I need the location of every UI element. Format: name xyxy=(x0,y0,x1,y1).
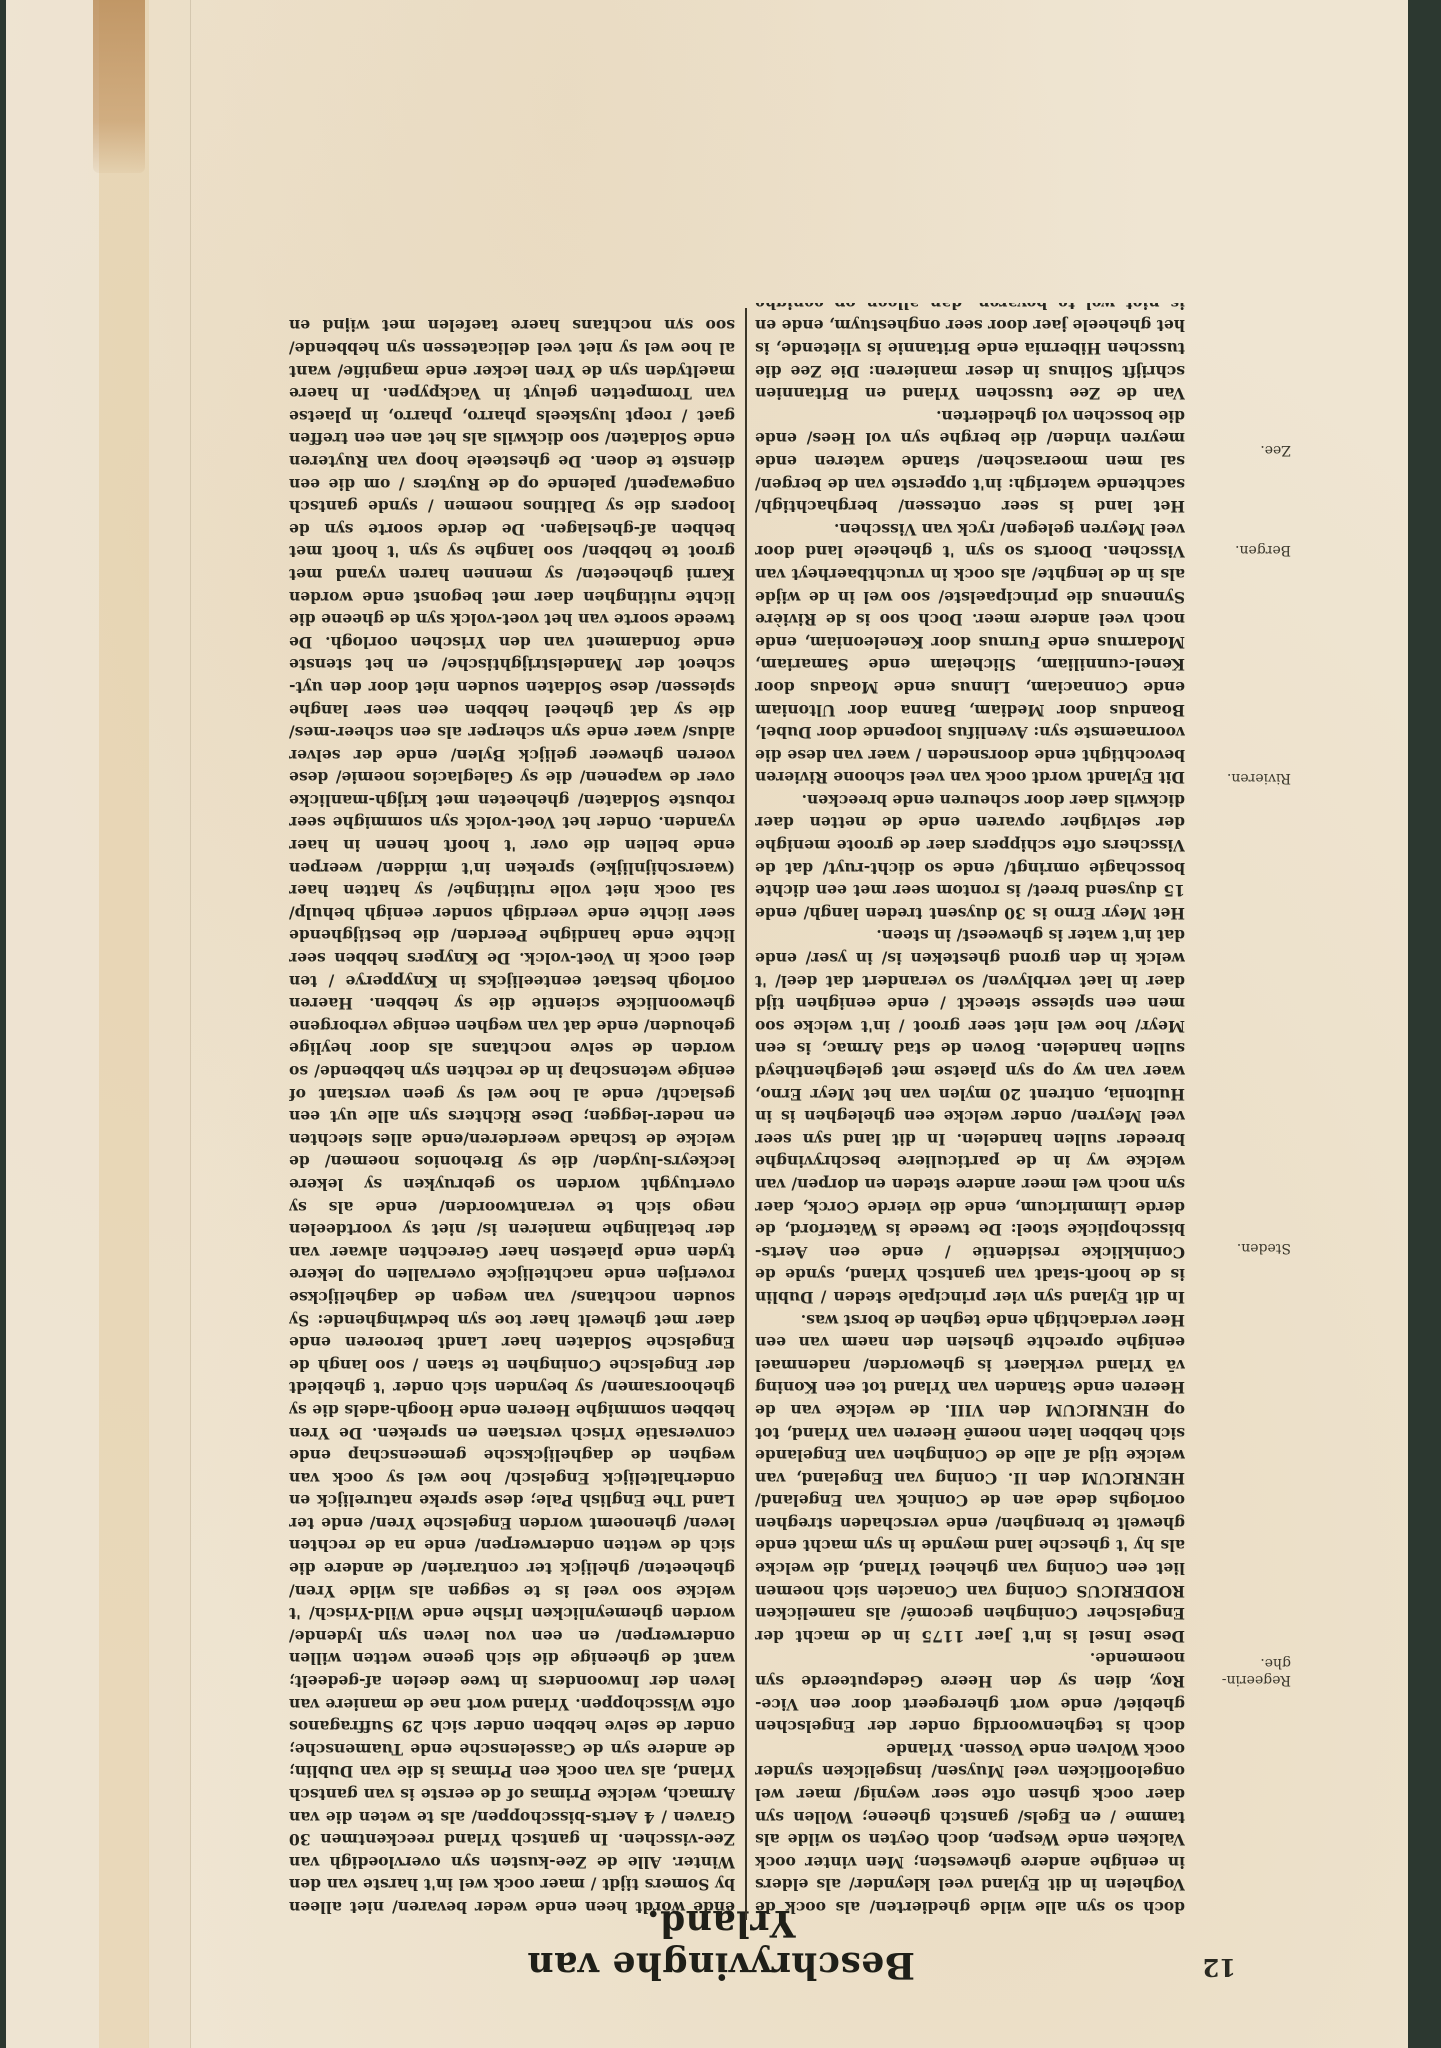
scanned-page: 12 Beschryvinghe van Yrland. Regeerin-gh… xyxy=(0,0,1441,2048)
page-edge xyxy=(0,0,1,2048)
binding-edge-strip xyxy=(148,0,191,2048)
paragraph-mountains: Het land is seer ontessen/ berghachtigh/… xyxy=(755,404,1185,517)
margin-note-steden: Steden. xyxy=(1201,1239,1291,1256)
water-stain xyxy=(93,0,145,173)
paragraph-wildlife: doch so syn alle wilde ghedierten/ als o… xyxy=(755,1737,1185,1918)
margin-note-rivieren: Rivieren. xyxy=(1201,769,1291,786)
text-column-left: doch so syn alle wilde ghedierten/ als o… xyxy=(755,303,1185,1918)
margin-note-regeeringhe: Regeerin-ghe. xyxy=(1201,1654,1291,1688)
paragraph-rivers: Dit Eylandt wordt oock van veel schoone … xyxy=(755,517,1185,788)
paragraph-sea: Van de Zee tusschen Yrland en Britannien… xyxy=(755,303,1185,404)
paragraph-lake-erno: Het Meyr Erno is 30 duysent treden langh… xyxy=(755,788,1185,924)
page-number: 12 xyxy=(1203,1953,1236,1982)
text-column-right: ende wordt heen ende weder bevaren/ niet… xyxy=(289,318,735,1918)
paragraph-government: doch is teghenwoordig onder der Engelsch… xyxy=(755,1647,1185,1737)
margin-note-bergen: Bergen. xyxy=(1201,541,1291,558)
margin-note-zee: Zee. xyxy=(1201,441,1291,458)
paragraph-customs: ende wordt heen ende weder bevaren/ niet… xyxy=(289,318,735,1918)
binding-edge-strip-tan xyxy=(99,0,149,2048)
column-divider xyxy=(745,308,747,1920)
paragraph-history: Dese Insel is in't Jaer 1175 in de macht… xyxy=(755,1308,1185,1647)
binding-edge-margin xyxy=(6,0,99,2048)
page-header: 12 Beschryvinghe van Yrland. xyxy=(261,1936,1261,1986)
paragraph-cities: In dit Eyland syn vier principale steden… xyxy=(755,924,1185,1308)
